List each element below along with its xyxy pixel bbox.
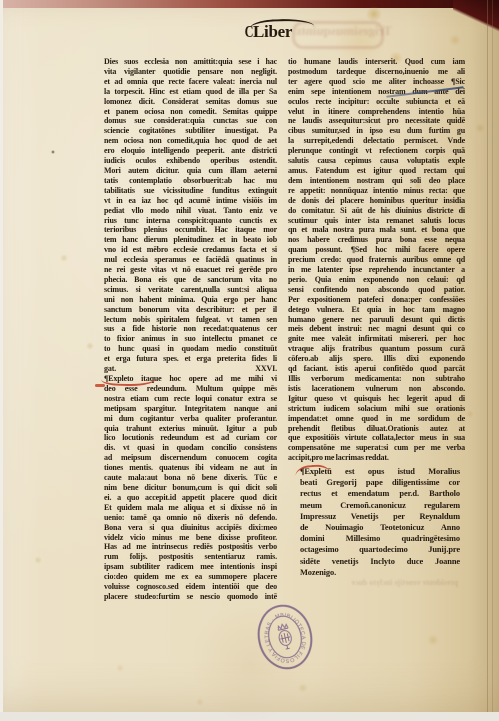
text-line: rius tunc interna conspicit:quanto cunct…: [104, 216, 277, 226]
shield-icon: [278, 629, 294, 650]
text-line: gat.XXVI.: [104, 364, 277, 374]
text-line: cōfero.ab alijs spero. Illis dixi expone…: [288, 354, 465, 364]
text-line: uenio: tamē qa omnio nō dixeris nō defen…: [104, 513, 277, 523]
text-line: Illis verborum medicamenta: non subtraho: [288, 374, 465, 384]
text-line: la surrepit,edendi delectatio permiscet.…: [288, 136, 465, 146]
text-line: vita vigilanter quotidie pensare non neg…: [104, 67, 277, 77]
text-line: Per expositionem patefeci dona:per confe…: [288, 295, 465, 305]
text-line: ne rei geste vitas vt nō euacuet rei ger…: [104, 265, 277, 275]
text-line: Mori autem dicitur. quia cum illam aeter…: [104, 166, 277, 176]
text-line: ero eloquio intelligendo peeperit. ante …: [104, 146, 277, 156]
text-line: quam possunt. ¶Sed hoc mihi facere opere: [288, 245, 465, 255]
text-line: videlz vicio minus me bene dixisse profi…: [104, 533, 277, 543]
text-line: cio:deo quidem me ex ea summopere placer…: [104, 572, 277, 582]
colophon-line: sidēte venetijs Inclyto duce Joanne: [300, 556, 460, 567]
colophon-line: meum Cremoñ.canonicuz regularem: [300, 500, 460, 511]
text-line: sensi confitendo non abscondo quod patio…: [288, 285, 465, 295]
text-line: salutis causa cepimus causa voluptatis e…: [288, 156, 465, 166]
line-start-word: gat.: [104, 364, 116, 374]
text-line: Has ad me intrinsecus rediēs postpositis…: [104, 542, 277, 552]
text-line: oculos recte incipitur: occulte subiunct…: [288, 97, 465, 107]
text-line: rum folijs. postpositis sententiaruz ram…: [104, 552, 277, 562]
text-line: enim sepe intentionem nostram dum ante d…: [288, 87, 465, 97]
text-line: lico locutionis redeundum est ad curiam …: [104, 433, 277, 443]
text-line: la torpescit. Hinc est etiam quod de ill…: [104, 87, 277, 97]
text-line: dis. vt quasi in quodam concilio consist…: [104, 443, 277, 453]
text-line: ei. a quo accepit.id appetit placere quo…: [104, 493, 277, 503]
text-line: postmodum tardeque discerno,inuenio me a…: [288, 67, 465, 77]
page-fore-edge-line: [487, 0, 488, 721]
text-line: pediat vllo modo nihil viuat. Tanto eniz…: [104, 206, 277, 216]
text-line: plerunque contingit vt refectionem corpi…: [288, 146, 465, 156]
text-line: sciencie cogitatōnes subtiliter inuestig…: [104, 126, 277, 136]
section-number: XXVI.: [255, 364, 277, 374]
text-line: vno id est mēbro ecclesie credamus facta…: [104, 245, 277, 255]
text-line: compensatōne me superat:si cum per me ve…: [288, 443, 465, 453]
text-line: ne laudis assequitur:sicut pro necessita…: [288, 116, 465, 126]
text-line: lomonez dicit. Considerat semitas domus …: [104, 97, 277, 107]
text-line: Dies suos ecclesia non amittit:quia sese…: [104, 57, 277, 67]
text-line: terioribus plenius occumbit. Hac itaque …: [104, 225, 277, 235]
text-line: placere studeo:furtim se nescio quomodo …: [104, 592, 277, 602]
text-line: mul ecclesia speramus ee faciēdā quatinu…: [104, 255, 277, 265]
colophon-line: rectus et emendatum per.d. Bartholo: [300, 488, 460, 499]
colophon-line: beati Gregorij pape diligentissime cor: [300, 477, 460, 488]
text-line: tabilitatis sue vicissitudine funditus e…: [104, 186, 277, 196]
text-line: lectum nobis spiritalem fulgeat. vt tame…: [104, 315, 277, 325]
text-line: impendat:et omne quod in me sordidum de: [288, 414, 465, 424]
text-line: cibus sumitur,sed in ipso esu dum furtim…: [288, 126, 465, 136]
text-line: to fixior animus in suo intellectu pmane…: [104, 334, 277, 344]
colophon-line: de Nouimagio Teotetonicuz Anno: [300, 522, 460, 533]
text-line: metipsam spargitur. Integritatem nanque …: [104, 404, 277, 414]
text-line: precium credo: quod fraternis auribus om…: [288, 255, 465, 265]
text-line: iudicis oculos exhibendo operibus ostend…: [104, 156, 277, 166]
text-line: qn et mala nostra pura mala sunt. et bon…: [288, 225, 465, 235]
text-line: gnite mee valeāt infirmitati misereri. p…: [288, 334, 465, 344]
text-line: qd faciant. istis aperui confitēdo quod …: [288, 364, 465, 374]
text-line: perio. Quia enim exponendo non celaui: q…: [288, 275, 465, 285]
text-line: do comitatur. Si aūt de his diuinius dis…: [288, 206, 465, 216]
text-line: vtraque alijs fratribus quantum possum c…: [288, 344, 465, 354]
text-line: voluisse cognosco.sed eidem intentiōi qu…: [104, 582, 277, 592]
text-line: tiones mentis. quatenus ibi videam ne au…: [104, 463, 277, 473]
text-line: et ad omnia que recte facere valeat: ine…: [104, 77, 277, 87]
text-line: humano genere nec paruuli desunt qui dic…: [288, 315, 465, 325]
text-line: caute mala:aut bona nō bene dixeris. Tūc…: [104, 473, 277, 483]
binding-edge-top: [0, 0, 499, 8]
text-line: nostra etiam cum recte loqui conatur ext…: [104, 394, 277, 404]
text-line: meis debent instrui: nec magni desunt qu…: [288, 324, 465, 334]
text-line: prehendit fletibus diluat.Orationis aute…: [288, 424, 465, 434]
colophon-line: domini Millesimo quadringētesimo: [300, 533, 460, 544]
text-line: in me latenter ipse reprehendo incunctan…: [288, 265, 465, 275]
text-line: scutimur quis inter ista remanet salutis…: [288, 216, 465, 226]
text-line: nem ociosa non comedit,quia hoc quod de …: [104, 136, 277, 146]
text-line: que expositiōis virtute collata,lector m…: [288, 433, 465, 443]
text-line: ad meipsum discernendum conuocem cogita: [104, 453, 277, 463]
text-column-left: Dies suos ecclesia non amittit:quia sese…: [104, 57, 277, 603]
text-line: scimus. si veritate carent,nulla sunt:si…: [104, 285, 277, 295]
crown-icon: [277, 623, 288, 630]
text-line: nim bene dicitur bonum,cum is qui dicit …: [104, 483, 277, 493]
text-line: et erga futura spes. et erga preterita f…: [104, 354, 277, 364]
text-line: phecia. Bona eis que de sanctorum vita n…: [104, 275, 277, 285]
text-line: strictum iudicem solacium mihi sue orati…: [288, 404, 465, 414]
scan-edge-left: [0, 0, 3, 721]
text-line: quia trahunt exterius minuūt. Igitur a p…: [104, 424, 277, 434]
text-line: et panem ociosa non comedit. Semitas qui…: [104, 107, 277, 117]
text-line: tem hanc dierum plenitudinez et in beato…: [104, 235, 277, 245]
text-line: to hunc quasi in quodam medio constituūt: [104, 344, 277, 354]
text-line: uni non habent minima. Quia ergo per han…: [104, 295, 277, 305]
text-line: de donis dei placere hominibus queritur …: [288, 196, 465, 206]
colophon: ¶Expletū est opus istud Moraliusbeati Gr…: [300, 466, 460, 578]
text-line: tio humane laudis interserit. Quod cum i…: [288, 57, 465, 67]
text-line: domus sue considerat:quia cunctas sue co…: [104, 116, 277, 126]
text-line: sus a fide historie non recedat:quatenus…: [104, 324, 277, 334]
text-line: accipit,pro me lacrimas reddat.: [288, 453, 465, 463]
text-line: vt in ea iaz hoc qd acumē intime visiōis…: [104, 196, 277, 206]
text-line: amus. Fatendum est igitur quod rectam qu…: [288, 166, 465, 176]
text-line: re appetit: nonnūquaz intentio minus rec…: [288, 186, 465, 196]
text-line: tatis contemplatio obsorbuerit:ab hac mu: [104, 176, 277, 186]
colophon-line: octagesimo quartodecimo Junij.pre: [300, 544, 460, 555]
text-line: Et quidem mala me aliqua et si dixisse n…: [104, 503, 277, 513]
colophon-bleed-text: presidente venetijs inclyto duce: [300, 578, 458, 588]
text-column-right: tio humane laudis interserit. Quod cum i…: [288, 57, 465, 465]
scan-edge-bottom: [0, 712, 499, 721]
text-line: detego vulnera. Et quia in hoc tam magno: [288, 305, 465, 315]
text-line: ipsam subtiliter radicem mee intentionis…: [104, 562, 277, 572]
scanned-page: Trigesimusquintus CLiber Dies suos eccle…: [0, 0, 499, 721]
colophon-line: Mozenigo.: [300, 567, 460, 578]
text-line: Bona vera si qua diuinitus accipiēs dixi…: [104, 523, 277, 533]
text-line: ter agere quod scio me aliter inchoasse …: [288, 77, 465, 87]
text-line: Igitur queso vt quisquis hec legerit apu…: [288, 394, 465, 404]
text-line: mi dum cogitantur verba qualiter profera…: [104, 414, 277, 424]
text-line: nos habere credimus pura bona esse nequa: [288, 235, 465, 245]
page-fore-edge-line-2: [492, 0, 493, 721]
colophon-line: Impressuz Venetijs per Reynaldum: [300, 511, 460, 522]
text-line: sanctum bonorum vita describitur: et per…: [104, 305, 277, 315]
text-line: velut in itinere comprehendens intentio …: [288, 107, 465, 117]
red-rubric-margin-dash: [95, 384, 105, 387]
text-line: istis lacerationem vulnerum non abscondo…: [288, 384, 465, 394]
text-line: dem intentionem nostram qui soli deo pla…: [288, 176, 465, 186]
